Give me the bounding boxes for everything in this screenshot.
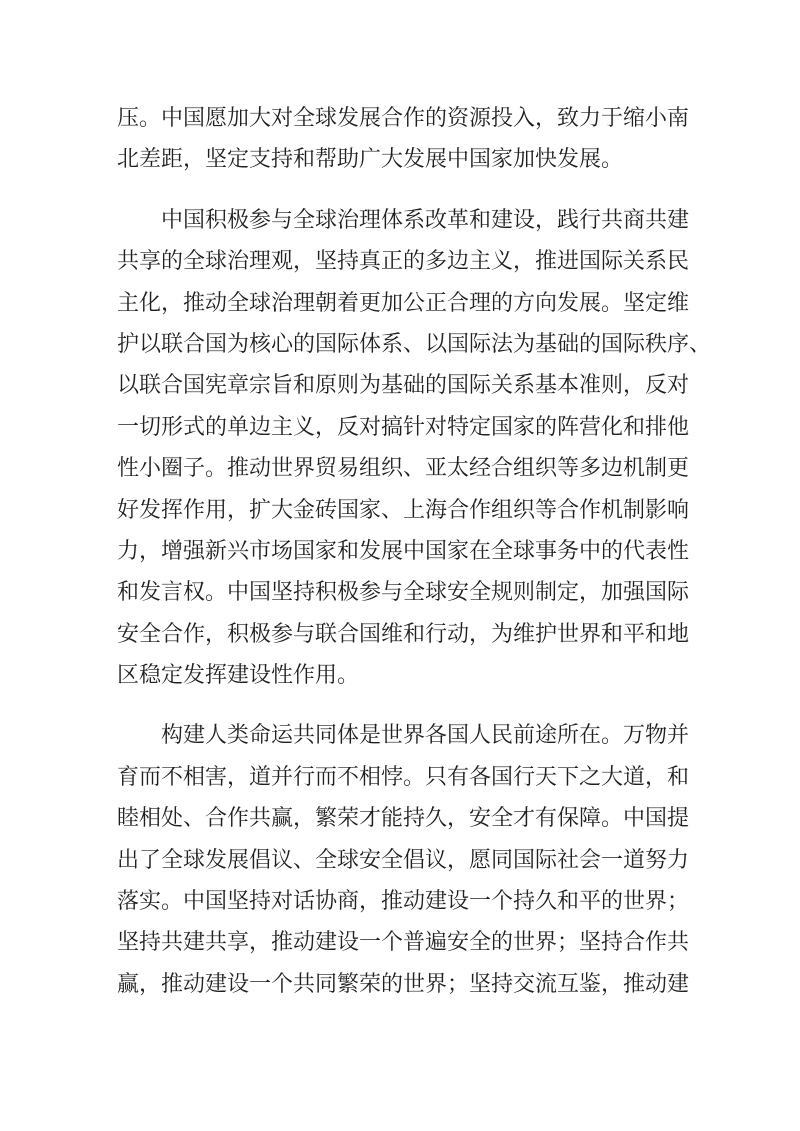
text-line: 和发言权。中国坚持积极参与全球安全规则制定，加强国际 [117, 571, 687, 612]
text-line: 一切形式的单边主义，反对搞针对特定国家的阵营化和排他 [117, 406, 687, 447]
paragraph-shared-future: 构建人类命运共同体是世界各国人民前途所在。万物并 育而不相害，道并行而不相悖。只… [117, 714, 687, 1004]
text-line: 睦相处、合作共赢，繁荣才能持久，安全才有保障。中国提 [117, 797, 687, 838]
text-line: 以联合国宪章宗旨和原则为基础的国际关系基本准则，反对 [117, 364, 687, 405]
text-line: 育而不相害，道并行而不相悖。只有各国行天下之大道，和 [117, 756, 687, 797]
text-line: 构建人类命运共同体是世界各国人民前途所在。万物并 [117, 714, 687, 755]
text-line: 落实。中国坚持对话协商，推动建设一个持久和平的世界； [117, 880, 687, 921]
text-line: 好发挥作用，扩大金砖国家、上海合作组织等合作机制影响 [117, 489, 687, 530]
text-line: 性小圈子。推动世界贸易组织、亚太经合组织等多边机制更 [117, 447, 687, 488]
text-line: 主化，推动全球治理朝着更加公正合理的方向发展。坚定维 [117, 282, 687, 323]
text-line: 中国积极参与全球治理体系改革和建设，践行共商共建 [117, 199, 687, 240]
paragraph-global-governance: 中国积极参与全球治理体系改革和建设，践行共商共建 共享的全球治理观，坚持真正的多… [117, 199, 687, 696]
text-block: 压。中国愿加大对全球发展合作的资源投入，致力于缩小南 北差距，坚定支持和帮助广大… [117, 97, 687, 1004]
text-line: 区稳定发挥建设性作用。 [117, 654, 687, 695]
text-line: 共享的全球治理观，坚持真正的多边主义，推进国际关系民 [117, 240, 687, 281]
text-line: 力，增强新兴市场国家和发展中国家在全球事务中的代表性 [117, 530, 687, 571]
paragraph-continuation: 压。中国愿加大对全球发展合作的资源投入，致力于缩小南 北差距，坚定支持和帮助广大… [117, 97, 687, 180]
text-line: 北差距，坚定支持和帮助广大发展中国家加快发展。 [117, 138, 687, 179]
text-line: 赢，推动建设一个共同繁荣的世界；坚持交流互鉴，推动建 [117, 963, 687, 1004]
text-line: 安全合作，积极参与联合国维和行动，为维护世界和平和地 [117, 613, 687, 654]
text-line: 坚持共建共享，推动建设一个普遍安全的世界；坚持合作共 [117, 921, 687, 962]
text-line: 压。中国愿加大对全球发展合作的资源投入，致力于缩小南 [117, 97, 687, 138]
text-line: 护以联合国为核心的国际体系、以国际法为基础的国际秩序、 [117, 323, 687, 364]
document-page: 压。中国愿加大对全球发展合作的资源投入，致力于缩小南 北差距，坚定支持和帮助广大… [0, 0, 800, 1131]
text-line: 出了全球发展倡议、全球安全倡议，愿同国际社会一道努力 [117, 839, 687, 880]
